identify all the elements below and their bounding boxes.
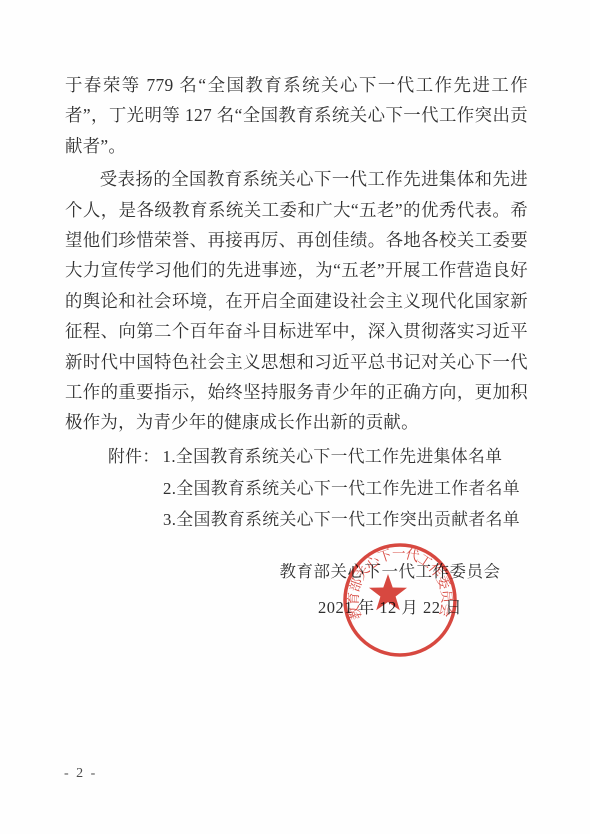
paragraph-continued: 于春荣等 779 名“全国教育系统关心下一代工作先进工作者”，丁光明等 127 … (65, 70, 528, 161)
attachment-label: 附件： (108, 447, 160, 466)
attachment-item-2: 2.全国教育系统关心下一代工作先进工作者名单 (108, 473, 508, 505)
document-page: 于春荣等 779 名“全国教育系统关心下一代工作先进工作者”，丁光明等 127 … (0, 0, 590, 834)
signature-date: 2021 年 12 月 22 日 (250, 598, 530, 618)
signature-block: 教育部关心下一代工作委员会 2021 年 12 月 22 日 (250, 562, 530, 618)
attachment-row-1: 附件：1.全国教育系统关心下一代工作先进集体名单 (108, 441, 508, 473)
document-body: 于春荣等 779 名“全国教育系统关心下一代工作先进工作者”，丁光明等 127 … (65, 70, 528, 438)
paragraph-main: 受表扬的全国教育系统关心下一代工作先进集体和先进个人，是各级教育系统关工委和广大… (65, 164, 528, 438)
attachment-item-1: 1.全国教育系统关心下一代工作先进集体名单 (163, 447, 503, 466)
signature-organization: 教育部关心下一代工作委员会 (250, 562, 530, 582)
attachment-list: 附件：1.全国教育系统关心下一代工作先进集体名单 2.全国教育系统关心下一代工作… (108, 441, 508, 536)
page-number: - 2 - (64, 766, 97, 782)
attachment-item-3: 3.全国教育系统关心下一代工作突出贡献者名单 (108, 504, 508, 536)
